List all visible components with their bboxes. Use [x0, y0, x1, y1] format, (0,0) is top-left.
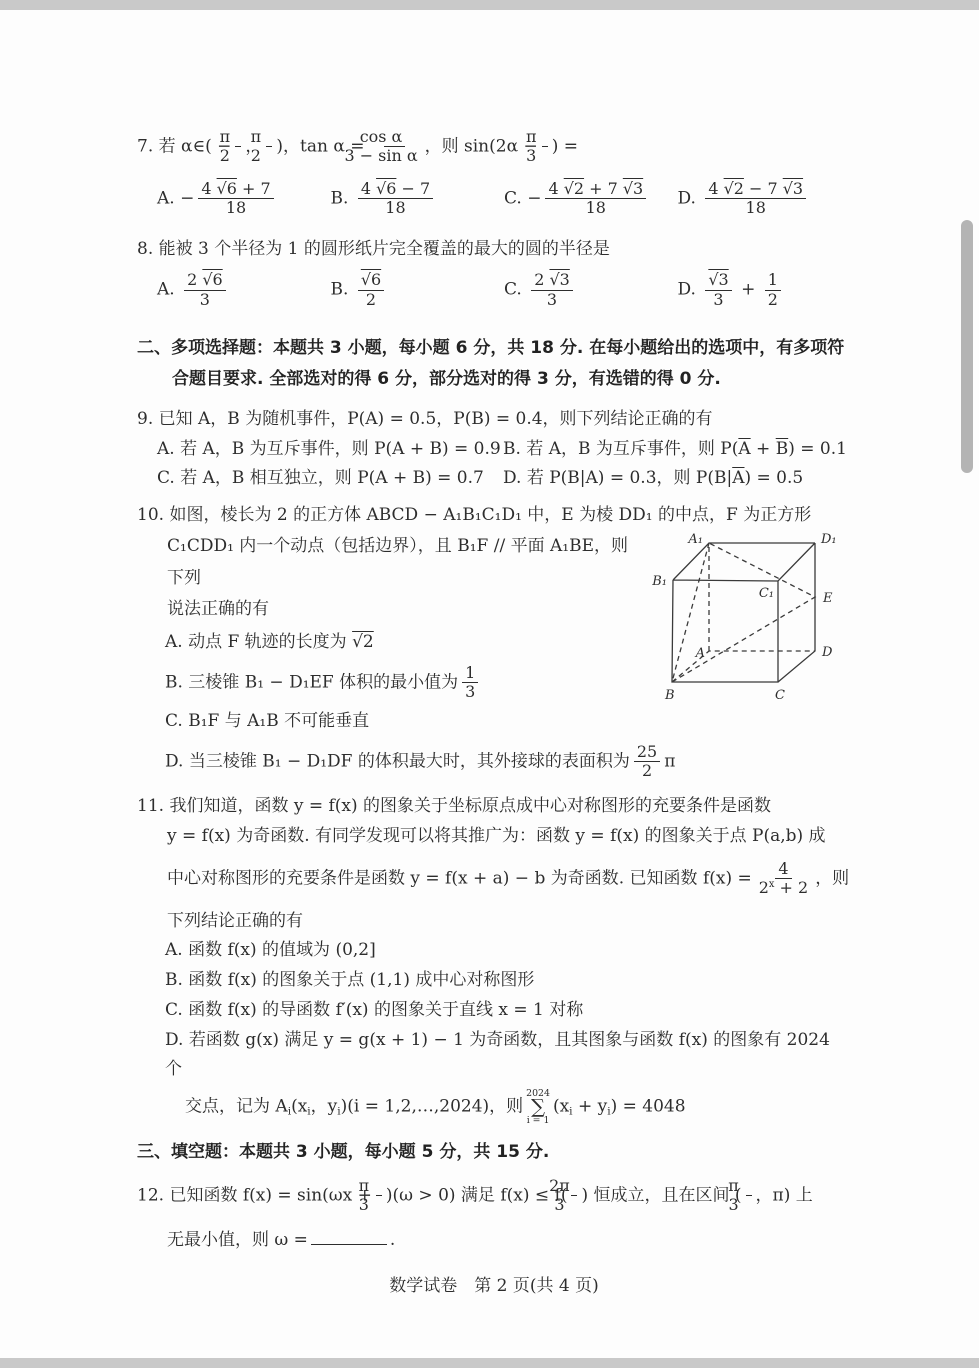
text-run: 8. 能被 3 个半径为 1 的圆形纸片完全覆盖的最大的圆的半径是 [137, 239, 610, 259]
text-run: ) 恒成立，且在区间 ( [581, 1185, 741, 1205]
denominator: 3 [746, 1196, 752, 1214]
option-c: C. 若 A，B 相互独立，则 P(A + B) = 0.7 [157, 464, 503, 494]
numerator: π [746, 1177, 752, 1196]
section-2-line-2: 合题目要求. 全部选对的得 6 分，部分选对的得 3 分，有选错的得 0 分. [172, 364, 851, 395]
question-9-stem: 9. 已知 A，B 为随机事件，P(A) = 0.5，P(B) = 0.4，则下… [137, 404, 851, 435]
text-run: + y [573, 1097, 608, 1117]
sum-lower-limit: i = 1 [527, 1116, 550, 1125]
text-run: 4 [548, 179, 563, 198]
fraction: 12 [765, 271, 781, 309]
fraction: 2 √33 [531, 271, 573, 309]
question-7-stem: 7. 若 α∈( −π2，π2)，tan α =cos α3 − sin α，则… [137, 128, 851, 166]
text-run: 2 [534, 270, 549, 289]
section-2-line-1: 二、多项选择题：本题共 3 小题，每小题 6 分，共 18 分. 在每小题给出的… [172, 333, 851, 364]
option-c: C. −4 √2 + 7 √318 [504, 180, 678, 218]
denominator: 3 [376, 1196, 382, 1214]
option-c: C. B₁F 与 A₁B 不可能垂直 [137, 707, 851, 737]
numerator: 4 √2 + 7 √3 [545, 180, 646, 199]
numerator: π [235, 128, 241, 147]
cube-figure: A₁ D₁ B₁ C₁ E A D B C [647, 531, 875, 709]
fraction: π3 [542, 128, 548, 166]
option-label: D. [678, 280, 702, 300]
option-d: D. 若函数 g(x) 满足 y = g(x + 1) − 1 为奇函数，且其图… [137, 1026, 851, 1086]
overline-A: A [732, 468, 744, 488]
fraction: π2 [266, 128, 272, 166]
section-2-header: 二、多项选择题：本题共 3 小题，每小题 6 分，共 18 分. 在每小题给出的… [137, 333, 851, 396]
sqrt: √3 [623, 179, 643, 198]
vertex-label-E: E [822, 591, 833, 606]
overline-B: B [776, 439, 789, 459]
text-run: 中心对称图形的充要条件是函数 y = f(x + a) − b 为奇函数. 已知… [167, 868, 752, 888]
vertex-label-A1: A₁ [687, 532, 703, 547]
question-11-stem-line-3: 中心对称图形的充要条件是函数 y = f(x + a) − b 为奇函数. 已知… [137, 860, 851, 898]
option-b: B. 4 √6 − 718 [331, 180, 505, 218]
numerator: 4 √6 + 7 [198, 180, 273, 199]
fraction: 2 √63 [184, 271, 226, 309]
denominator: 2 [235, 147, 241, 165]
denominator: 3 [710, 291, 726, 309]
option-label: A. − [157, 188, 194, 208]
numerator: 2π [571, 1177, 577, 1196]
denominator: 3 [544, 291, 560, 309]
denominator: 18 [743, 199, 769, 217]
cube-diagram: A₁ D₁ B₁ C₁ E A D B C [647, 531, 875, 709]
text-run: 4 [708, 179, 723, 198]
denominator: 18 [223, 199, 249, 217]
question-8-stem: 8. 能被 3 个半径为 1 的圆形纸片完全覆盖的最大的圆的半径是 [137, 238, 851, 262]
denominator: 2 [363, 291, 379, 309]
numerator: cos α [384, 128, 406, 147]
numerator: 1 [462, 664, 478, 683]
sqrt: √6 [361, 270, 381, 289]
option-label: B. [331, 280, 354, 300]
fraction: π3 [376, 1177, 382, 1215]
numerator: √3 [705, 271, 731, 290]
fraction: π2 [235, 128, 241, 166]
text-run: 7. 若 α∈( − [137, 136, 231, 156]
text-run: 2 [187, 270, 202, 289]
question-9-options-row-2: C. 若 A，B 相互独立，则 P(A + B) = 0.7 D. 若 P(B|… [137, 464, 851, 494]
text-run: ，π) 上 [756, 1185, 813, 1205]
denominator: 2x + 2 [756, 879, 811, 897]
text-run: ，y [311, 1097, 338, 1117]
option-d-continuation: 交点，记为 Ai(xi，yi)(i = 1,2,…,2024)，则2024∑i … [137, 1089, 851, 1125]
question-12-stem-line-1: 12. 已知函数 f(x) = sin(ωx +π3)(ω > 0) 满足 f(… [137, 1177, 851, 1215]
text-run: 无最小值，则 ω = [167, 1230, 308, 1250]
fraction: 4 √6 − 718 [358, 180, 433, 218]
numerator: 1 [765, 271, 781, 290]
fraction: 42x + 2 [756, 860, 811, 898]
option-label: D. [678, 188, 702, 208]
text-run: (x [553, 1097, 569, 1117]
sqrt: √2 [724, 179, 744, 198]
numerator: 25 [634, 743, 660, 762]
section-3-header: 三、填空题：本题共 3 小题，每小题 5 分，共 15 分. [137, 1137, 851, 1168]
option-a: A. −4 √6 + 718 [157, 180, 331, 218]
question-8-options: A. 2 √63 B. √62 C. 2 √33 D. √33 + 12 [137, 271, 851, 309]
fraction: cos α3 − sin α [368, 128, 420, 166]
fraction: 252 [634, 743, 660, 781]
question-10-stem-line-1: 10. 如图，棱长为 2 的正方体 ABCD − A₁B₁C₁D₁ 中，E 为棱… [137, 500, 851, 531]
text-run: B. 若 A，B 为互斥事件，则 P( [503, 439, 738, 459]
denominator: 3 [571, 1196, 577, 1214]
fraction: √62 [358, 271, 384, 309]
text-run: D. 当三棱锥 B₁ − D₁DF 的体积最大时，其外接球的表面积为 [165, 751, 630, 771]
numerator: 4 [775, 860, 791, 879]
question-11-stem-line-2: y = f(x) 为奇函数. 有同学发现可以将其推广为：函数 y = f(x) … [137, 821, 851, 852]
sqrt: √3 [708, 270, 728, 289]
text-run: D. 若 P(B|A) = 0.3，则 P(B| [503, 468, 732, 488]
page-footer: 数学试卷 第 2 页(共 4 页) [137, 1271, 851, 1302]
text-run: ) = 0.5 [745, 468, 804, 488]
numerator: 4 √6 − 7 [358, 180, 433, 199]
vertex-label-B: B [664, 688, 675, 703]
question-9-options-row-1: A. 若 A，B 为互斥事件，则 P(A + B) = 0.9 B. 若 A，B… [137, 435, 851, 465]
option-c: C. 函数 f(x) 的导函数 f′(x) 的图象关于直线 x = 1 对称 [137, 996, 851, 1026]
text-run: )(ω > 0) 满足 f(x) ≤ f( [386, 1185, 568, 1205]
text-run: )(i = 1,2,…,2024)，则 [341, 1097, 524, 1117]
vertex-label-D1: D₁ [820, 532, 837, 547]
option-b: B. 若 A，B 为互斥事件，则 P(A + B) = 0.1 [503, 435, 847, 465]
question-12-stem-line-2: 无最小值，则 ω =. [137, 1225, 851, 1256]
question-11-stem-line-1: 11. 我们知道，函数 y = f(x) 的图象关于坐标原点成中心对称图形的充要… [137, 791, 851, 822]
question-11-stem-line-4: 下列结论正确的有 [137, 906, 851, 937]
numerator: 2 √3 [531, 271, 573, 290]
numerator: 2 √6 [184, 271, 226, 290]
sqrt: √3 [549, 270, 569, 289]
sqrt: √2 [564, 179, 584, 198]
text-run: 4 [361, 179, 376, 198]
option-b: B. √62 [331, 271, 505, 309]
text-run: B. 三棱锥 B₁ − D₁EF 体积的最小值为 [165, 672, 458, 692]
option-a: A. 若 A，B 为互斥事件，则 P(A + B) = 0.9 [157, 435, 503, 465]
denominator: 3 [197, 291, 213, 309]
numerator: 4 √2 − 7 √3 [705, 180, 806, 199]
vertex-label-D: D [821, 645, 833, 660]
denominator: 2 [765, 291, 781, 309]
denominator: 3 [542, 147, 548, 165]
text-run: 交点，记为 A [185, 1097, 288, 1117]
numerator: π [376, 1177, 382, 1196]
denominator: 2 [639, 762, 655, 780]
text-run: A. 动点 F 轨迹的长度为 [165, 632, 352, 652]
numerator: √6 [358, 271, 384, 290]
option-d: D. 4 √2 − 7 √318 [678, 180, 852, 218]
fraction: 13 [462, 664, 478, 702]
option-a: A. 2 √63 [157, 271, 331, 309]
question-9: 9. 已知 A，B 为随机事件，P(A) = 0.5，P(B) = 0.4，则下… [137, 404, 851, 494]
option-b: B. 函数 f(x) 的图象关于点 (1,1) 成中心对称图形 [137, 966, 851, 996]
fraction: 2π3 [571, 1177, 577, 1215]
text-run: . [390, 1230, 395, 1250]
answer-blank [311, 1227, 387, 1244]
text-run: 4 [201, 179, 216, 198]
option-a: A. 函数 f(x) 的值域为 (0,2] [137, 936, 851, 966]
text-run: ，则 sin(2α − [425, 136, 538, 156]
vertex-label-C1: C₁ [759, 586, 774, 601]
option-label: A. [157, 280, 180, 300]
sqrt: √3 [783, 179, 803, 198]
question-11: 11. 我们知道，函数 y = f(x) 的图象关于坐标原点成中心对称图形的充要… [137, 791, 851, 1126]
vertex-label-C: C [775, 688, 785, 703]
text-run: 2 [759, 878, 769, 897]
text-run: (x [291, 1097, 307, 1117]
question-10: 10. 如图，棱长为 2 的正方体 ABCD − A₁B₁C₁D₁ 中，E 为棱… [137, 500, 851, 781]
sigma-symbol: ∑ [531, 1098, 545, 1116]
text-run: + 2 [774, 878, 808, 897]
option-d: D. √33 + 12 [678, 271, 852, 309]
document-page: 7. 若 α∈( −π2，π2)，tan α =cos α3 − sin α，则… [0, 10, 979, 1358]
text-run: ) = 0.1 [788, 439, 847, 459]
summation: 2024∑i = 1 [526, 1089, 550, 1125]
denominator: 18 [583, 199, 609, 217]
text-run: ，则 [815, 868, 849, 888]
option-label: B. [331, 188, 354, 208]
vertex-label-B1: B₁ [651, 574, 667, 589]
scrollbar-thumb[interactable] [961, 220, 973, 473]
fraction: 4 √2 + 7 √318 [545, 180, 646, 218]
denominator: 18 [382, 199, 408, 217]
denominator: 3 [462, 683, 478, 701]
sqrt: √6 [217, 179, 237, 198]
option-label: C. − [504, 188, 541, 208]
numerator: π [542, 128, 548, 147]
text-run: − 7 [396, 179, 430, 198]
option-d: D. 若 P(B|A) = 0.3，则 P(B|A) = 0.5 [503, 464, 803, 494]
vertex-label-A: A [695, 646, 705, 661]
question-12: 12. 已知函数 f(x) = sin(ωx +π3)(ω > 0) 满足 f(… [137, 1177, 851, 1255]
text-run: + [751, 439, 776, 459]
numerator: π [266, 128, 272, 147]
text-run: + [736, 280, 761, 300]
option-d: D. 当三棱锥 B₁ − D₁DF 的体积最大时，其外接球的表面积为252π [137, 743, 851, 781]
fraction: π3 [746, 1177, 752, 1215]
text-run: 12. 已知函数 f(x) = sin(ωx + [137, 1185, 372, 1205]
text-run: π [664, 751, 675, 771]
text-run: − 7 [744, 179, 783, 198]
sqrt: √2 [352, 632, 374, 652]
option-c: C. 2 √33 [504, 271, 678, 309]
text-run: ) = 4048 [611, 1097, 686, 1117]
exam-content: 7. 若 α∈( −π2，π2)，tan α =cos α3 − sin α，则… [0, 10, 979, 1302]
denominator: 2 [266, 147, 272, 165]
overline-A: A [738, 439, 750, 459]
denominator: 3 − sin α [368, 147, 420, 165]
text-run: ) = [552, 136, 578, 156]
sqrt: √6 [376, 179, 396, 198]
fraction: 4 √2 − 7 √318 [705, 180, 806, 218]
fraction: 4 √6 + 718 [198, 180, 273, 218]
text-run: + 7 [584, 179, 623, 198]
sqrt: √6 [202, 270, 222, 289]
text-run: + 7 [237, 179, 271, 198]
fraction: √33 [705, 271, 731, 309]
question-7-options: A. −4 √6 + 718 B. 4 √6 − 718 C. −4 √2 + … [137, 180, 851, 218]
option-label: C. [504, 280, 527, 300]
